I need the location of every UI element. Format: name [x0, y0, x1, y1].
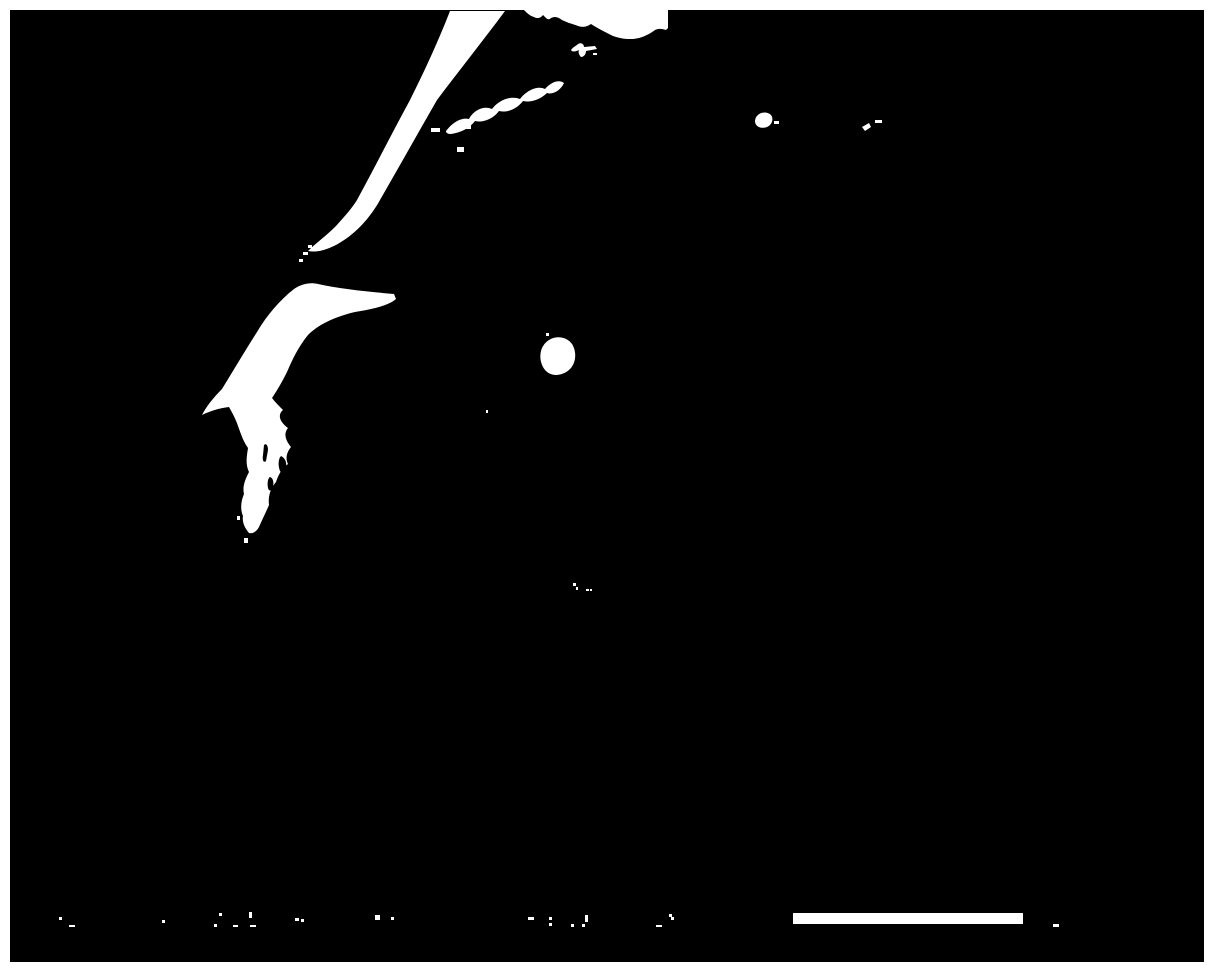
- text-remnant-dot: [301, 919, 304, 922]
- speck: [875, 120, 882, 123]
- sem-micrograph: [0, 0, 1216, 977]
- text-remnant-dot: [669, 914, 672, 917]
- text-remnant-dot: [59, 917, 62, 920]
- text-remnant-dot: [549, 923, 552, 926]
- speck: [308, 245, 312, 248]
- text-remnant-dot: [214, 924, 217, 927]
- speck: [586, 589, 589, 591]
- speck: [237, 516, 240, 520]
- speck: [299, 259, 303, 262]
- text-remnant-dot: [656, 925, 662, 927]
- speck: [457, 147, 464, 152]
- speck: [244, 538, 248, 543]
- text-remnant-dot: [233, 925, 238, 927]
- speck: [593, 53, 597, 55]
- text-remnant-dot: [582, 924, 585, 927]
- speck: [590, 589, 592, 591]
- text-remnant-dot: [571, 924, 574, 927]
- scale-bar: [793, 913, 1023, 924]
- speck: [774, 121, 779, 124]
- text-remnant-dot: [375, 915, 380, 920]
- micrograph-frame: [10, 10, 1204, 962]
- micrograph-page: [0, 0, 1216, 977]
- text-remnant-dot: [249, 912, 252, 918]
- speck: [431, 128, 440, 132]
- text-remnant-dot: [671, 917, 674, 920]
- speck: [466, 125, 471, 129]
- text-remnant-dot: [585, 915, 588, 922]
- text-remnant-dot: [1053, 924, 1059, 927]
- text-remnant-dot: [219, 913, 222, 916]
- speck: [546, 333, 549, 336]
- text-remnant-dot: [295, 918, 299, 921]
- speck: [576, 587, 578, 590]
- text-remnant-dot: [391, 917, 394, 920]
- text-remnant-dot: [549, 917, 552, 920]
- text-remnant-dot: [250, 925, 256, 927]
- speck: [303, 252, 308, 255]
- speck: [486, 410, 488, 413]
- text-remnant-dot: [162, 920, 165, 923]
- speck: [573, 583, 576, 586]
- text-remnant-dot: [528, 917, 534, 920]
- text-remnant-dot: [69, 925, 75, 927]
